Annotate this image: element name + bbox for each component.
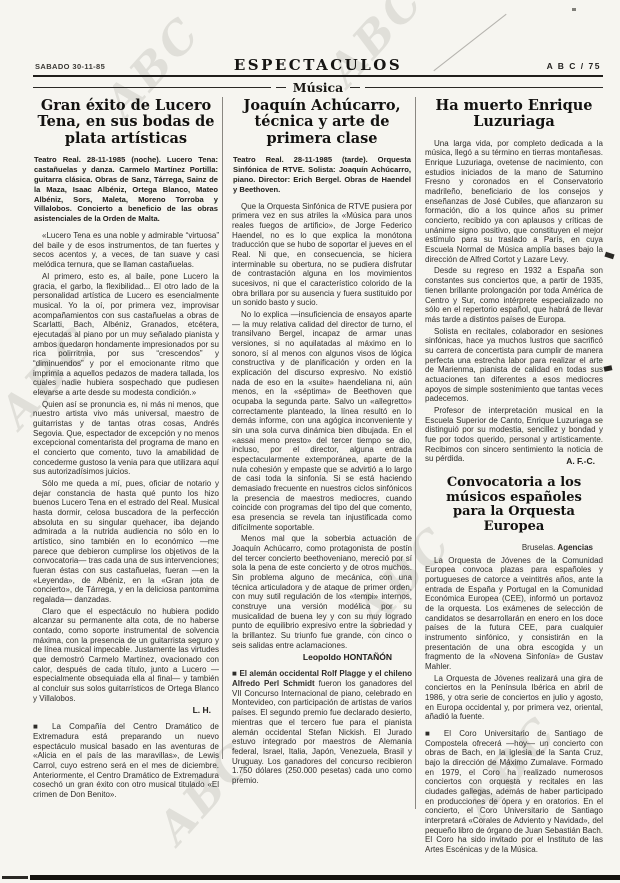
news-brief: ■ El Coro Universitario de Santiago de C…: [425, 729, 603, 855]
scan-speck: [604, 252, 614, 260]
paragraph: Solista en recitales, colaborador en ses…: [425, 327, 603, 404]
dateline-place: Bruselas.: [522, 543, 555, 552]
author-signature: L. H.: [33, 705, 211, 715]
page-bottom-rule: [30, 875, 620, 880]
article-headline: Joaquín Achúcarro, técnica y arte de pri…: [236, 98, 408, 147]
bullet-icon: ■: [425, 729, 436, 738]
paragraph: «Lucero Tena es una noble y admirable “v…: [33, 231, 219, 270]
paragraph: Quien así se pronuncia es, ni más ni men…: [33, 400, 219, 477]
brief-text: La Compañía del Centro Dramático de Extr…: [33, 722, 219, 799]
paragraph: Desde su regreso en 1932 a España son co…: [425, 266, 603, 324]
rubric-musica: Música: [291, 80, 345, 95]
paragraph: Claro que el espectáculo no hubiera podi…: [33, 607, 219, 704]
news-brief: ■ La Compañía del Centro Dramático de Ex…: [33, 722, 219, 799]
paragraph: Al primero, esto es, al baile, pone Luce…: [33, 272, 219, 398]
rubric-rule-left: [33, 87, 271, 89]
article-headline: Convocatoria a los músicos españoles par…: [429, 476, 599, 535]
newspaper-page: ABC ABC ABC ABC ABC ABC SABADO 30-11-85 …: [0, 0, 620, 883]
brief-text: fueron los ganadores del VII Concurso In…: [232, 679, 412, 785]
paragraph: Menos mal que la soberbia actuación de J…: [232, 534, 412, 650]
right-column: Ha muerto Enrique Luzuriaga Una larga vi…: [425, 97, 603, 863]
paragraph: No lo explica —insuficiencia de ensayos …: [232, 310, 412, 532]
author-signature: Leopoldo HONTAÑÓN: [232, 652, 392, 662]
bullet-icon: ■: [33, 722, 44, 731]
section-title: ESPECTACULOS: [234, 56, 402, 74]
paragraph: Sólo me queda a mí, pues, oficiar de not…: [33, 479, 219, 605]
dateline-source: Agencias: [557, 543, 593, 552]
article-body: Que la Orquesta Sinfónica de RTVE pusier…: [232, 202, 412, 651]
article-headline: Gran éxito de Lucero Tena, en sus bodas …: [37, 98, 215, 147]
dateline: Bruselas. Agencias: [425, 543, 593, 552]
brief-text: El Coro Universitario de Santiago de Com…: [425, 729, 603, 854]
article-lucero-tena: Gran éxito de Lucero Tena, en sus bodas …: [33, 97, 219, 863]
paragraph: Una larga vida, por completo dedicada a …: [425, 139, 603, 265]
bullet-icon: ■: [232, 669, 237, 678]
page-date: SABADO 30-11-85: [35, 62, 105, 71]
news-brief: ■ El alemán occidental Rolf Plagge y el …: [232, 669, 412, 785]
article-lead: Teatro Real. 28-11-1985 (noche). Lucero …: [34, 155, 218, 224]
columns: Gran éxito de Lucero Tena, en sus bodas …: [33, 97, 603, 863]
page-header: SABADO 30-11-85 ESPECTACULOS A B C / 75: [33, 56, 603, 75]
rubric-dash: [276, 87, 286, 89]
page-number: A B C / 75: [547, 61, 601, 71]
paragraph: Que la Orquesta Sinfónica de RTVE pusier…: [232, 202, 412, 308]
rubric-rule-right: [365, 87, 603, 89]
header-rule: [33, 75, 603, 77]
article-orquesta-europea: Convocatoria a los músicos españoles par…: [425, 476, 603, 855]
article-lead: Teatro Real. 28-11-1985 (tarde). Orquest…: [233, 155, 411, 194]
article-body: «Lucero Tena es una noble y admirable “v…: [33, 231, 219, 703]
article-body: Una larga vida, por completo dedicada a …: [425, 139, 603, 464]
article-achucarro: Joaquín Achúcarro, técnica y arte de pri…: [232, 97, 412, 863]
paragraph: La Orquesta de Jóvenes realizará una gir…: [425, 674, 603, 722]
article-headline: Ha muerto Enrique Luzuriaga: [429, 98, 599, 131]
scan-speck: [572, 8, 576, 11]
article-body: La Orquesta de Jóvenes de la Comunidad E…: [425, 556, 603, 722]
paragraph: La Orquesta de Jóvenes de la Comunidad E…: [425, 556, 603, 672]
article-luzuriaga-obituary: Ha muerto Enrique Luzuriaga Una larga vi…: [425, 98, 603, 466]
scan-speck: [604, 365, 613, 372]
rubric-row: Música: [33, 80, 603, 95]
rubric-dash: [350, 87, 360, 89]
